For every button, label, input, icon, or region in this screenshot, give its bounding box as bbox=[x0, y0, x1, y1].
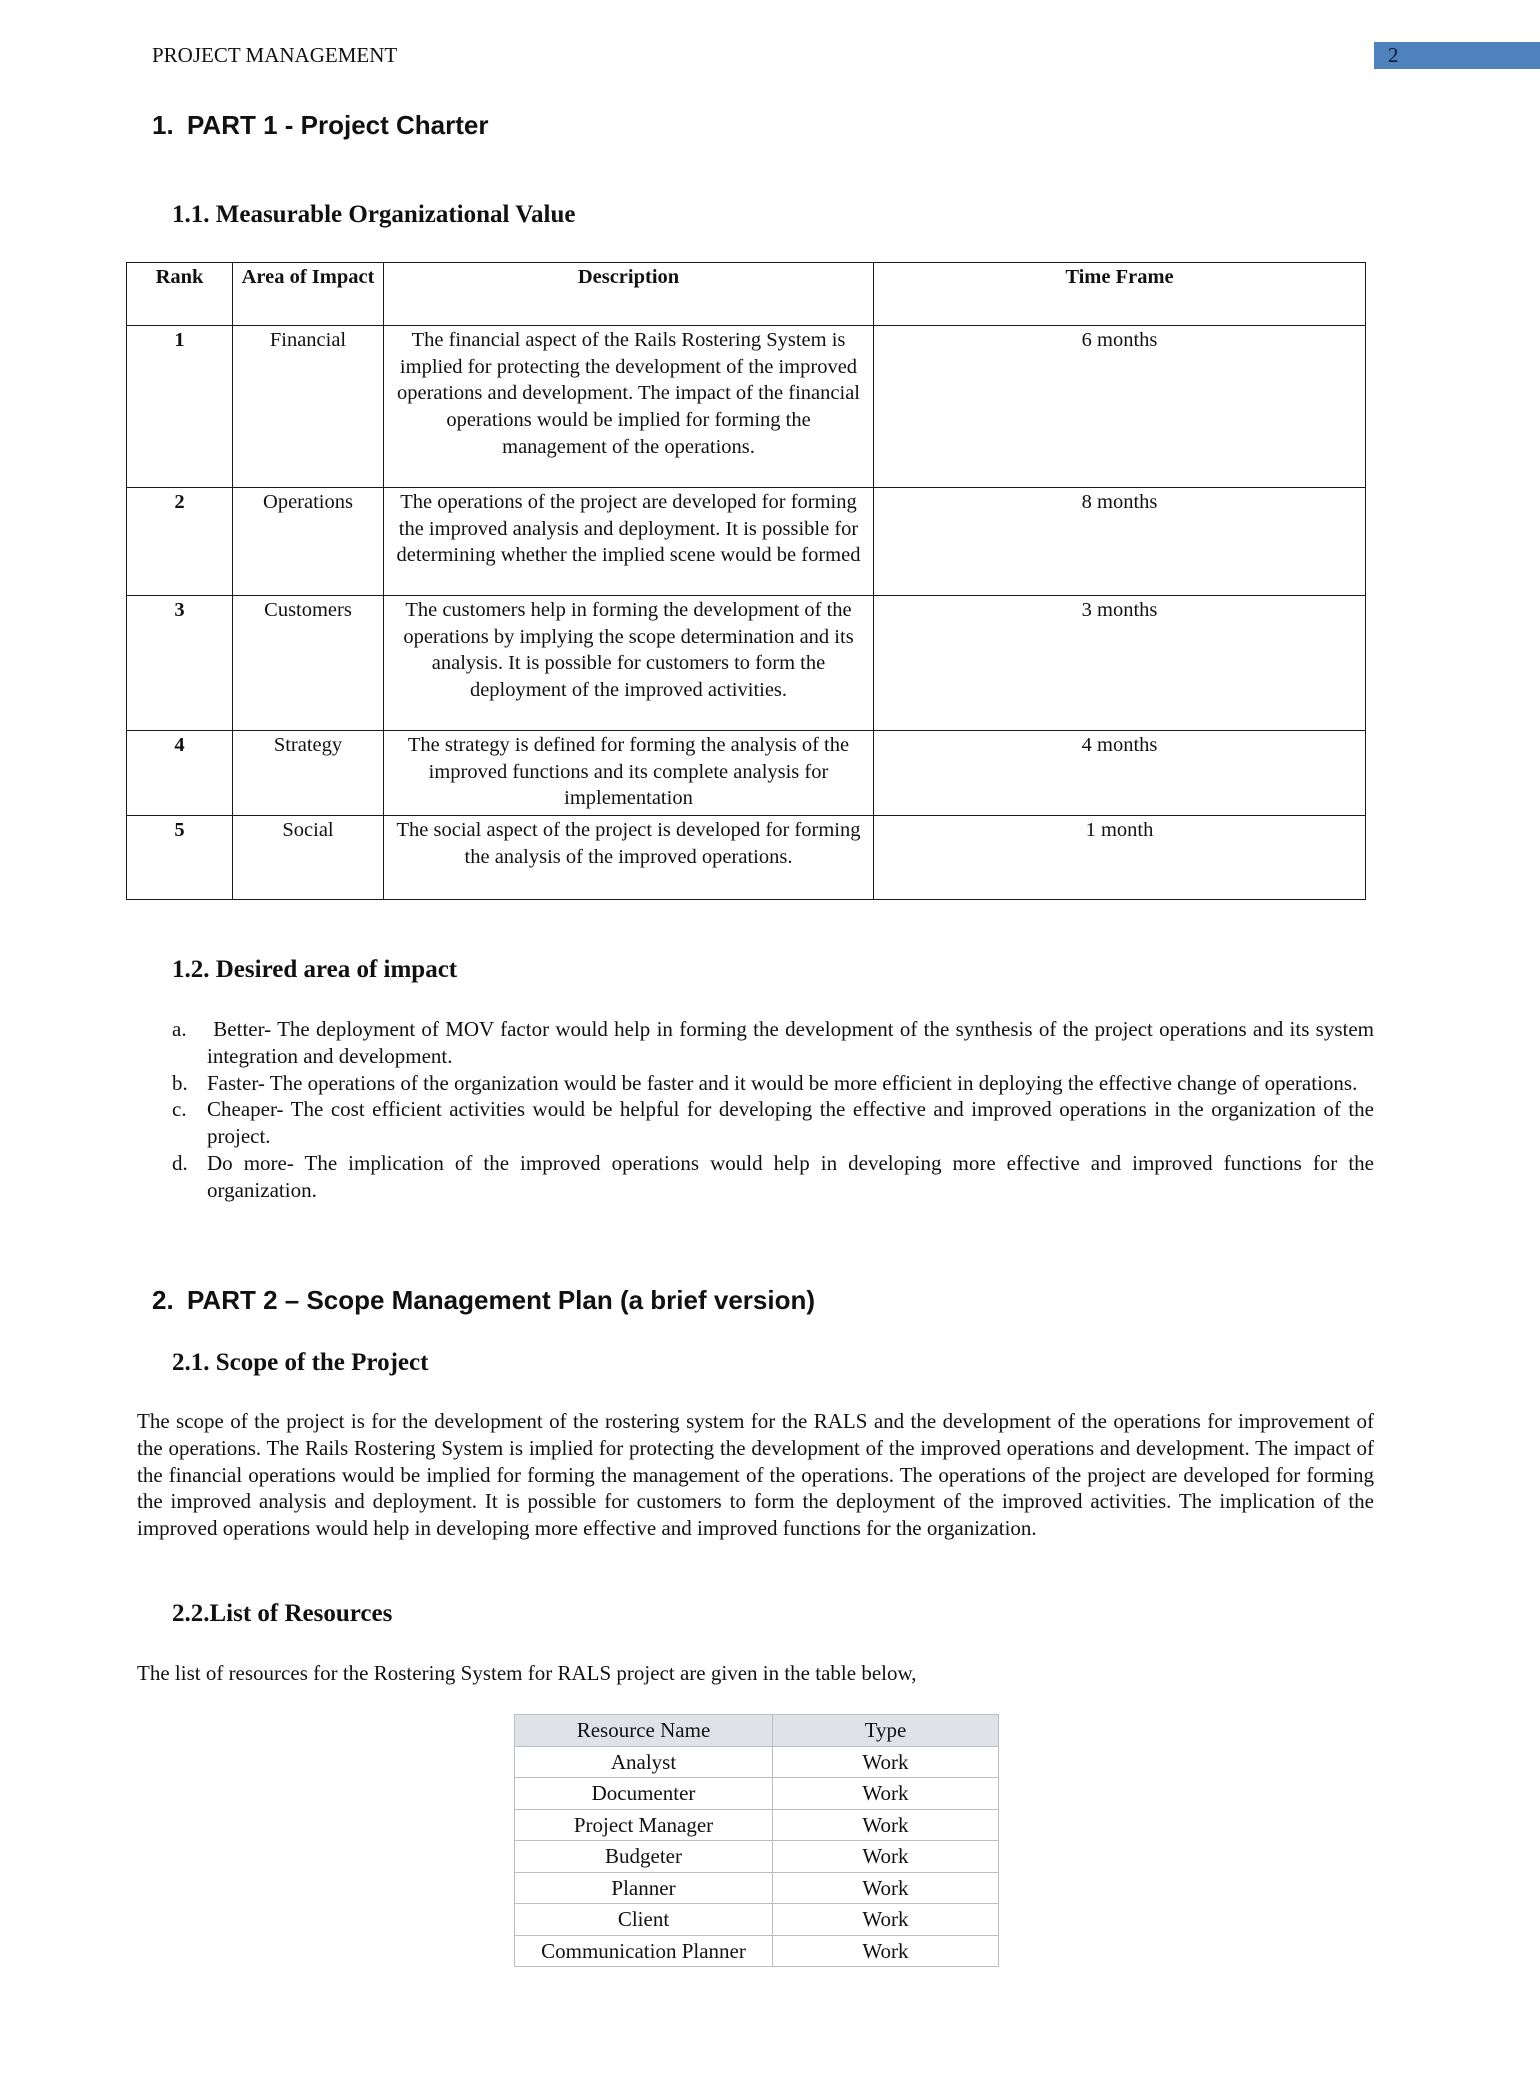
table-row: Budgeter Work bbox=[515, 1841, 999, 1873]
cell-rank: 3 bbox=[127, 596, 233, 731]
page-number: 2 bbox=[1388, 42, 1399, 69]
resources-intro: The list of resources for the Rostering … bbox=[137, 1660, 1374, 1687]
cell-description: The operations of the project are develo… bbox=[384, 488, 874, 596]
cell-resource-type: Work bbox=[773, 1841, 999, 1873]
section-2-2-heading: 2.2.List of Resources bbox=[172, 1599, 392, 1629]
table-row: 1 Financial The financial aspect of the … bbox=[127, 326, 1366, 488]
cell-resource-type: Work bbox=[773, 1778, 999, 1810]
mov-table-header-row: Rank Area of Impact Description Time Fra… bbox=[127, 263, 1366, 326]
cell-resource-name: Project Manager bbox=[515, 1809, 773, 1841]
cell-description: The strategy is defined for forming the … bbox=[384, 731, 874, 816]
table-row: 3 Customers The customers help in formin… bbox=[127, 596, 1366, 731]
cell-time-frame: 1 month bbox=[874, 816, 1366, 900]
list-item-text: Better- The deployment of MOV factor wou… bbox=[207, 1017, 1374, 1068]
scope-paragraph: The scope of the project is for the deve… bbox=[137, 1408, 1374, 1542]
col-header-area: Area of Impact bbox=[233, 263, 384, 326]
list-item-text: Cheaper- The cost efficient activities w… bbox=[207, 1097, 1374, 1148]
list-item-text: Do more- The implication of the improved… bbox=[207, 1151, 1374, 1202]
resources-table-header-row: Resource Name Type bbox=[515, 1715, 999, 1747]
cell-area: Customers bbox=[233, 596, 384, 731]
list-item: d. Do more- The implication of the impro… bbox=[172, 1150, 1374, 1204]
part1-heading-title: PART 1 - Project Charter bbox=[187, 110, 488, 140]
table-row: 2 Operations The operations of the proje… bbox=[127, 488, 1366, 596]
cell-resource-type: Work bbox=[773, 1809, 999, 1841]
section-1-2-heading: 1.2. Desired area of impact bbox=[172, 955, 457, 985]
list-item: b. Faster- The operations of the organiz… bbox=[172, 1070, 1374, 1097]
table-row: Planner Work bbox=[515, 1872, 999, 1904]
cell-area: Social bbox=[233, 816, 384, 900]
cell-time-frame: 4 months bbox=[874, 731, 1366, 816]
table-row: 5 Social The social aspect of the projec… bbox=[127, 816, 1366, 900]
cell-resource-name: Budgeter bbox=[515, 1841, 773, 1873]
cell-rank: 4 bbox=[127, 731, 233, 816]
cell-time-frame: 8 months bbox=[874, 488, 1366, 596]
col-header-time-frame: Time Frame bbox=[874, 263, 1366, 326]
cell-resource-type: Work bbox=[773, 1904, 999, 1936]
cell-rank: 2 bbox=[127, 488, 233, 596]
col-header-description: Description bbox=[384, 263, 874, 326]
page-number-badge: 2 bbox=[1374, 42, 1540, 69]
section-1-1-heading: 1.1. Measurable Organizational Value bbox=[172, 200, 575, 230]
cell-resource-type: Work bbox=[773, 1935, 999, 1967]
table-row: Project Manager Work bbox=[515, 1809, 999, 1841]
running-header-title: PROJECT MANAGEMENT bbox=[152, 42, 397, 68]
cell-resource-name: Planner bbox=[515, 1872, 773, 1904]
list-item: a. Better- The deployment of MOV factor … bbox=[172, 1016, 1374, 1070]
list-marker: d. bbox=[172, 1150, 188, 1177]
cell-description: The social aspect of the project is deve… bbox=[384, 816, 874, 900]
cell-resource-type: Work bbox=[773, 1746, 999, 1778]
part2-heading-number: 2. bbox=[152, 1285, 187, 1315]
part1-heading: 1.PART 1 - Project Charter bbox=[152, 110, 488, 140]
list-marker: c. bbox=[172, 1096, 187, 1123]
cell-area: Strategy bbox=[233, 731, 384, 816]
cell-resource-type: Work bbox=[773, 1872, 999, 1904]
cell-area: Financial bbox=[233, 326, 384, 488]
cell-rank: 5 bbox=[127, 816, 233, 900]
cell-resource-name: Client bbox=[515, 1904, 773, 1936]
table-row: Client Work bbox=[515, 1904, 999, 1936]
table-row: Documenter Work bbox=[515, 1778, 999, 1810]
table-row: 4 Strategy The strategy is defined for f… bbox=[127, 731, 1366, 816]
list-item: c. Cheaper- The cost efficient activitie… bbox=[172, 1096, 1374, 1150]
cell-time-frame: 3 months bbox=[874, 596, 1366, 731]
part2-heading-title: PART 2 – Scope Management Plan (a brief … bbox=[187, 1285, 815, 1315]
list-marker: a. bbox=[172, 1016, 187, 1043]
col-header-resource-name: Resource Name bbox=[515, 1715, 773, 1747]
cell-resource-name: Communication Planner bbox=[515, 1935, 773, 1967]
cell-resource-name: Documenter bbox=[515, 1778, 773, 1810]
mov-table: Rank Area of Impact Description Time Fra… bbox=[126, 262, 1366, 900]
cell-description: The customers help in forming the develo… bbox=[384, 596, 874, 731]
col-header-type: Type bbox=[773, 1715, 999, 1747]
cell-time-frame: 6 months bbox=[874, 326, 1366, 488]
cell-description: The financial aspect of the Rails Roster… bbox=[384, 326, 874, 488]
table-row: Analyst Work bbox=[515, 1746, 999, 1778]
list-item-text: Faster- The operations of the organizati… bbox=[207, 1071, 1357, 1095]
part2-heading: 2.PART 2 – Scope Management Plan (a brie… bbox=[152, 1285, 815, 1315]
table-row: Communication Planner Work bbox=[515, 1935, 999, 1967]
cell-rank: 1 bbox=[127, 326, 233, 488]
section-2-1-heading: 2.1. Scope of the Project bbox=[172, 1348, 428, 1378]
resources-table: Resource Name Type Analyst Work Document… bbox=[514, 1714, 999, 1967]
cell-resource-name: Analyst bbox=[515, 1746, 773, 1778]
list-marker: b. bbox=[172, 1070, 188, 1097]
part1-heading-number: 1. bbox=[152, 110, 187, 140]
col-header-rank: Rank bbox=[127, 263, 233, 326]
desired-impact-list: a. Better- The deployment of MOV factor … bbox=[172, 1016, 1374, 1204]
cell-area: Operations bbox=[233, 488, 384, 596]
